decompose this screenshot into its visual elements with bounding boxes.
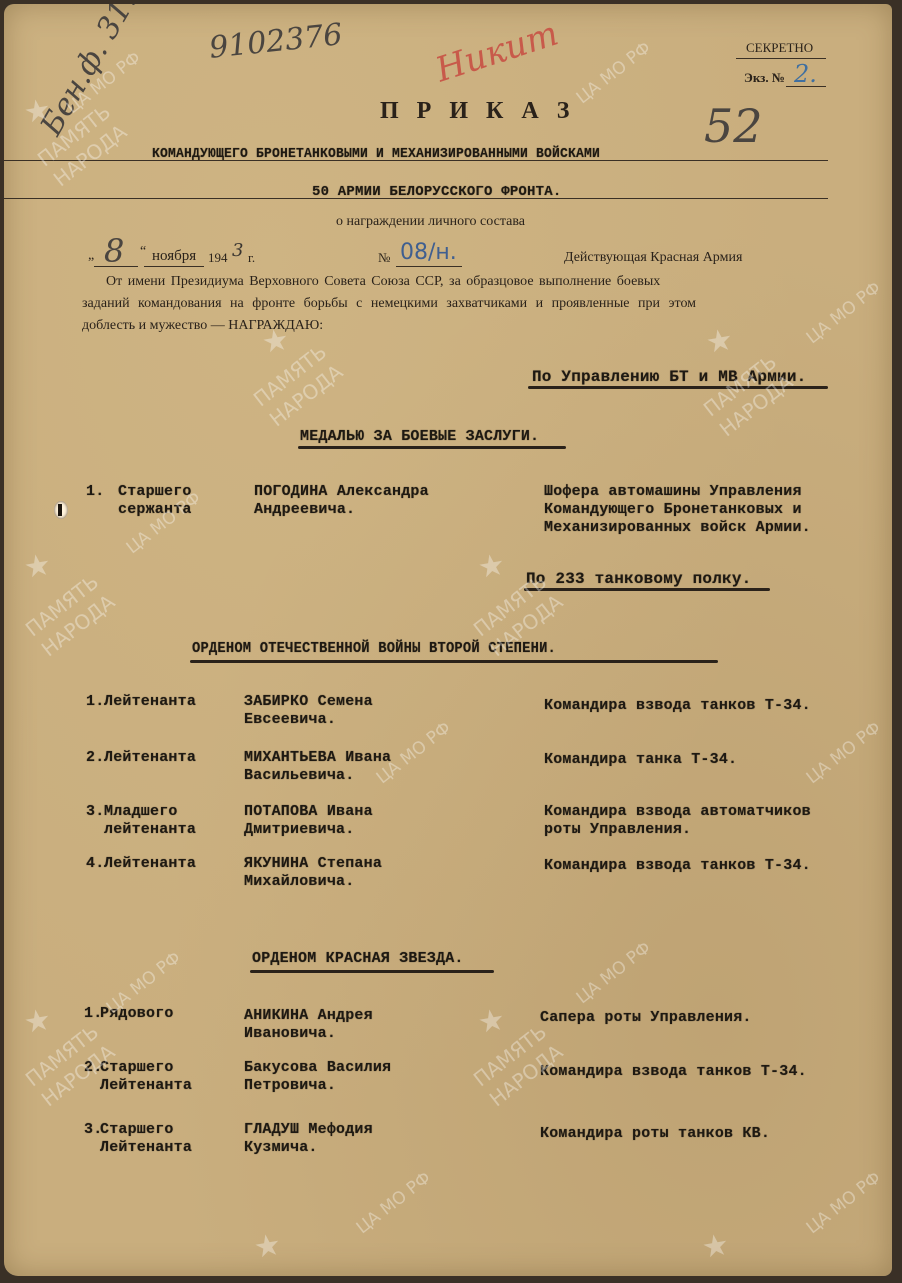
recipient-position: Сапера роты Управления.: [540, 1008, 752, 1027]
divider: [94, 266, 138, 267]
recipient-rank: Лейтенанта: [104, 854, 196, 873]
secret-label: СЕКРЕТНО: [746, 40, 813, 56]
recipient-rank: лейтенанта: [104, 820, 196, 839]
unit-heading: По Управлению БТ и МВ Армии.: [532, 368, 806, 386]
document-page: Бен.ф. 31.344 9102376 Никит 52 СЕКРЕТНО …: [4, 4, 892, 1276]
date-month: ноября: [152, 248, 196, 265]
divider: [4, 198, 828, 199]
recipient-name: АНИКИНА Андрея: [244, 1006, 373, 1025]
divider: [524, 588, 770, 591]
archive-mark: Бен.ф. 31.344: [34, 4, 173, 142]
recipient-number: 3.: [86, 802, 104, 821]
award-heading: МЕДАЛЬЮ ЗА БОЕВЫЕ ЗАСЛУГИ.: [300, 428, 539, 445]
copy-number: 2.: [794, 60, 817, 88]
date-day: 8: [104, 232, 124, 270]
star-icon: ★: [21, 92, 54, 131]
star-icon: ★: [21, 547, 54, 586]
recipient-rank: Лейтенанта: [100, 1076, 192, 1095]
recipient-name: Кузмича.: [244, 1138, 318, 1157]
recipient-name: Евсеевича.: [244, 710, 336, 729]
recipient-position: Шофера автомашины Управления: [544, 482, 802, 501]
divider: [786, 86, 826, 87]
recipient-name: Дмитриевича.: [244, 820, 354, 839]
divider: [298, 446, 566, 449]
recipient-name: ЗАБИРКО Семена: [244, 692, 373, 711]
page-title: П Р И К А З: [380, 98, 575, 125]
recipient-position: Командира роты танков КВ.: [540, 1124, 770, 1143]
watermark-camo: ЦА МО РФ: [804, 719, 884, 787]
divider: [144, 266, 204, 267]
date-year-digit: 3: [232, 240, 243, 261]
location: Действующая Красная Армия: [564, 250, 742, 266]
recipient-name: ЯКУНИНА Степана: [244, 854, 382, 873]
order-number: 08/н.: [400, 240, 457, 265]
page-number: 52: [704, 99, 763, 153]
watermark-camo: ЦА МО РФ: [804, 1169, 884, 1237]
star-icon: ★: [251, 1227, 284, 1266]
recipient-name: Бакусова Василия: [244, 1058, 391, 1077]
recipient-number: 4.: [86, 854, 104, 873]
watermark-camo: ЦА МО РФ: [804, 279, 884, 347]
recipient-rank: Старшего: [118, 482, 192, 501]
recipient-rank: Лейтенанта: [104, 748, 196, 767]
date-year: 194: [208, 250, 228, 266]
copy-label: Экз. №: [744, 70, 785, 86]
punch-hole: [54, 501, 68, 519]
order-subject: о награждении личного состава: [336, 214, 525, 230]
date-open-quote: „: [88, 248, 94, 264]
recipient-position: Командира взвода танков Т-34.: [540, 1062, 807, 1081]
recipient-rank: Младшего: [104, 802, 178, 821]
handwritten-file-number: 9102376: [208, 17, 345, 66]
recipient-name: Ивановича.: [244, 1024, 336, 1043]
recipient-position: роты Управления.: [544, 820, 691, 839]
recipient-name: Андреевича.: [254, 500, 355, 519]
watermark-camo: ЦА МО РФ: [574, 39, 654, 107]
recipient-position: Командира танка Т-34.: [544, 750, 737, 769]
recipient-rank: Лейтенанта: [104, 692, 196, 711]
recipient-rank: сержанта: [118, 500, 192, 519]
star-icon: ★: [21, 1002, 54, 1041]
star-icon: ★: [475, 547, 508, 586]
recipient-name: Михайловича.: [244, 872, 354, 891]
recipient-name: Васильевича.: [244, 766, 354, 785]
recipient-position: Командира взвода танков Т-34.: [544, 856, 811, 875]
divider: [736, 58, 826, 59]
date-year-suffix: г.: [248, 250, 255, 266]
divider: [4, 160, 828, 161]
recipient-position: Командира взвода танков Т-34.: [544, 696, 811, 715]
date-close-quote: “: [140, 244, 146, 260]
red-signature: Никит: [431, 14, 563, 91]
divider: [396, 266, 462, 267]
star-icon: ★: [699, 1227, 732, 1266]
award-heading: ОРДЕНОМ ОТЕЧЕСТВЕННОЙ ВОЙНЫ ВТОРОЙ СТЕПЕ…: [192, 640, 556, 657]
divider: [528, 386, 828, 389]
recipient-name: ГЛАДУШ Мефодия: [244, 1120, 373, 1139]
preamble-line-2: заданий командования на фронте борьбы с …: [82, 296, 696, 312]
star-icon: ★: [259, 322, 292, 361]
watermark-camo: ЦА МО РФ: [354, 1169, 434, 1237]
recipient-rank: Старшего: [100, 1058, 174, 1077]
recipient-position: Командующего Бронетанковых и: [544, 500, 802, 519]
recipient-position: Командира взвода автоматчиков: [544, 802, 811, 821]
recipient-number: 1.: [86, 482, 104, 501]
recipient-rank: Лейтенанта: [100, 1138, 192, 1157]
unit-heading: По 233 танковому полку.: [526, 570, 751, 588]
watermark-camo: ЦА МО РФ: [574, 939, 654, 1007]
recipient-name: ПОТАПОВА Ивана: [244, 802, 373, 821]
star-icon: ★: [475, 1002, 508, 1041]
award-heading: ОРДЕНОМ КРАСНАЯ ЗВЕЗДА.: [252, 950, 464, 967]
watermark-narod: НАРОДА: [266, 361, 346, 430]
recipient-rank: Рядового: [100, 1004, 174, 1023]
divider: [250, 970, 494, 973]
watermark-narod: НАРОДА: [38, 591, 118, 660]
star-icon: ★: [703, 322, 736, 361]
recipient-name: ПОГОДИНА Александра: [254, 482, 429, 501]
recipient-rank: Старшего: [100, 1120, 174, 1139]
divider: [190, 660, 718, 663]
recipient-name: МИХАНТЬЕВА Ивана: [244, 748, 391, 767]
recipient-name: Петровича.: [244, 1076, 336, 1095]
order-number-label: №: [378, 250, 390, 266]
recipient-number: 1.: [86, 692, 104, 711]
recipient-position: Механизированных войск Армии.: [544, 518, 811, 537]
recipient-number: 2.: [86, 748, 104, 767]
preamble-line-1: От имени Президиума Верховного Совета Со…: [106, 274, 660, 290]
